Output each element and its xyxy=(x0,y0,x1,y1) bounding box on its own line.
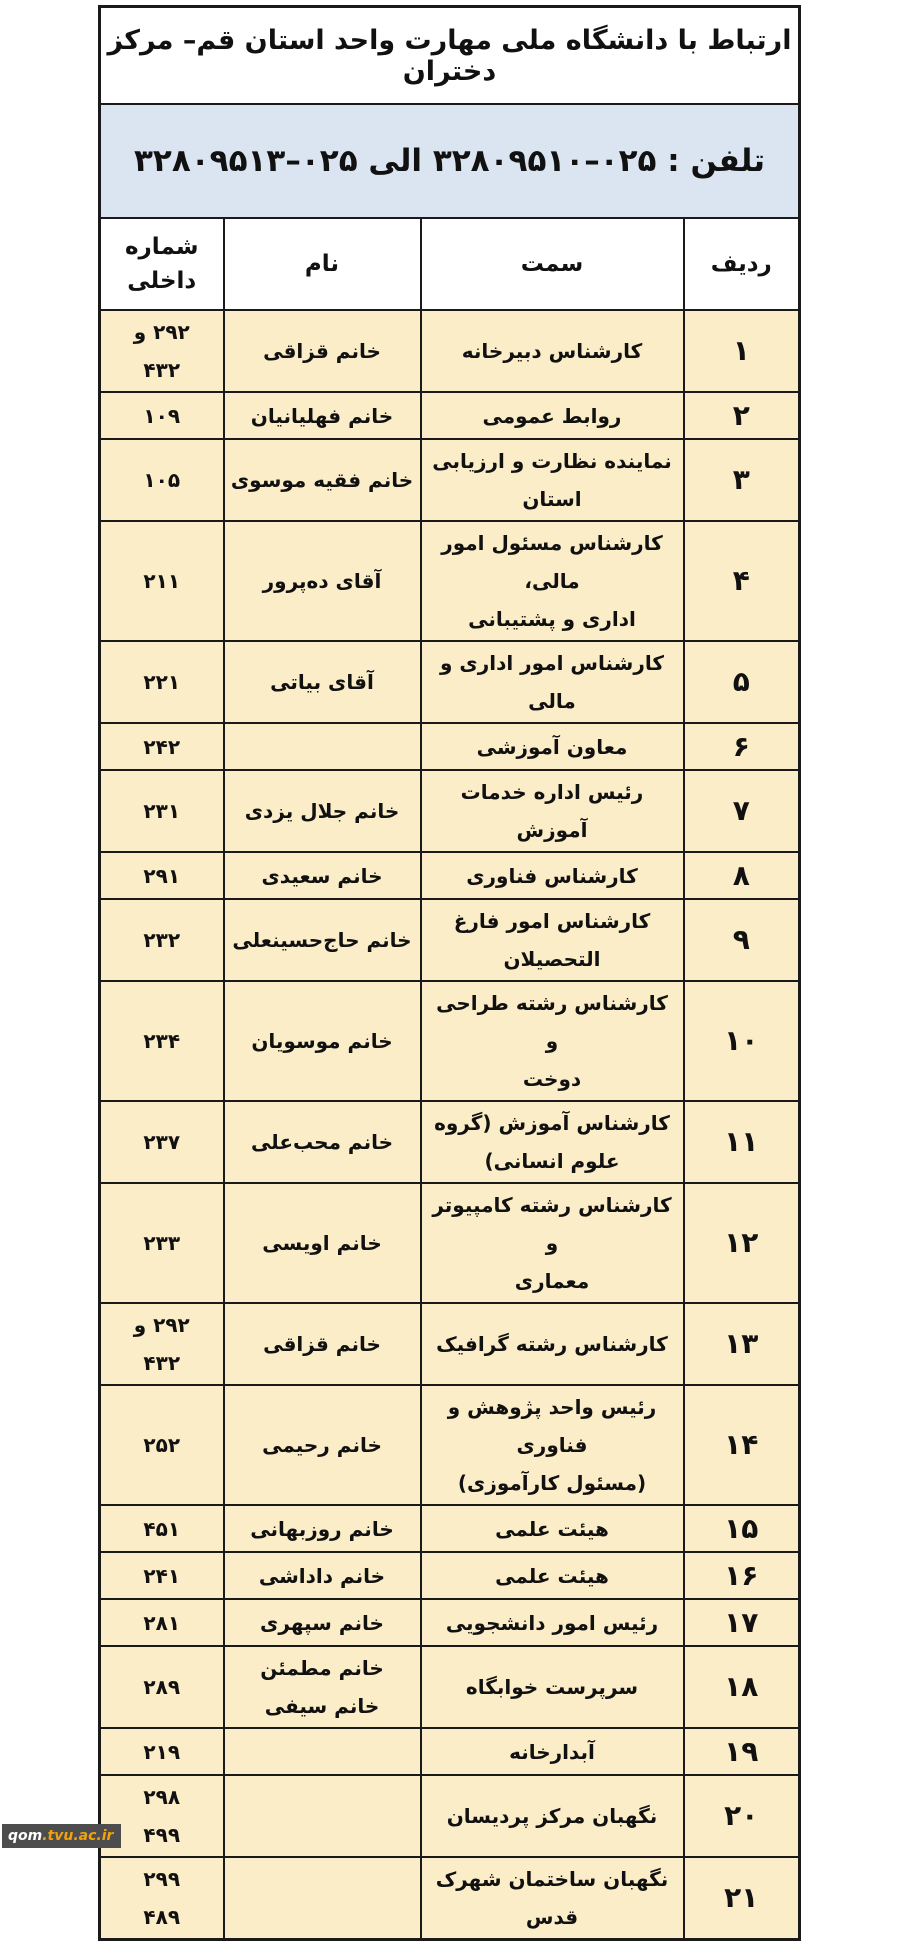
col-header-position: سمت xyxy=(421,218,684,310)
cell-extension: ۲۸۹ xyxy=(99,1646,223,1728)
cell-extension: ۱۰۵ xyxy=(99,439,223,521)
contact-table-container: ارتباط با دانشگاه ملی مهارت واحد استان ق… xyxy=(99,5,801,1941)
phone-numbers: تلفن : ۰۲۵–۳۲۸۰۹۵۱۰ الی ۰۲۵–۳۲۸۰۹۵۱۳ xyxy=(99,104,799,218)
cell-position: کارشناس دبیرخانه xyxy=(421,310,684,392)
cell-extension: ۲۳۴ xyxy=(99,981,223,1101)
page-background: ارتباط با دانشگاه ملی مهارت واحد استان ق… xyxy=(0,0,900,1850)
cell-extension: ۲۹۹ ۴۸۹ xyxy=(99,1857,223,1940)
column-header-row: ردیف سمت نام شماره داخلی xyxy=(99,218,799,310)
cell-name: خانم فقیه موسوی xyxy=(224,439,421,521)
cell-name xyxy=(224,723,421,770)
cell-row-number: ۲ xyxy=(684,392,800,439)
cell-position: رئیس امور دانشجویی xyxy=(421,1599,684,1646)
cell-position: کارشناس فناوری xyxy=(421,852,684,899)
title-row: ارتباط با دانشگاه ملی مهارت واحد استان ق… xyxy=(99,7,799,105)
phone-row: تلفن : ۰۲۵–۳۲۸۰۹۵۱۰ الی ۰۲۵–۳۲۸۰۹۵۱۳ xyxy=(99,104,799,218)
contact-table: ارتباط با دانشگاه ملی مهارت واحد استان ق… xyxy=(98,5,801,1941)
cell-position: نگهبان ساختمان شهرک قدس xyxy=(421,1857,684,1940)
watermark-site-prefix: qom xyxy=(8,1828,42,1844)
cell-row-number: ۵ xyxy=(684,641,800,723)
cell-name: خانم موسویان xyxy=(224,981,421,1101)
cell-extension: ۲۹۲ و ۴۳۲ xyxy=(99,1303,223,1385)
cell-name: خانم حاج‌حسینعلی xyxy=(224,899,421,981)
table-row: ۹ کارشناس امور فارغ التحصیلان خانم حاج‌ح… xyxy=(99,899,799,981)
col-header-extension: شماره داخلی xyxy=(99,218,223,310)
table-row: ۱۸ سرپرست خوابگاه خانم مطمئن خانم سیفی ۲… xyxy=(99,1646,799,1728)
table-row: ۱۴ رئیس واحد پژوهش و فناوری (مسئول کارآم… xyxy=(99,1385,799,1505)
cell-row-number: ۲۰ xyxy=(684,1775,800,1857)
cell-row-number: ۳ xyxy=(684,439,800,521)
cell-row-number: ۸ xyxy=(684,852,800,899)
cell-extension: ۲۹۲ و ۴۳۲ xyxy=(99,310,223,392)
cell-name: خانم اویسی xyxy=(224,1183,421,1303)
cell-extension: ۲۳۷ xyxy=(99,1101,223,1183)
cell-row-number: ۱۵ xyxy=(684,1505,800,1552)
cell-name: آقای بیاتی xyxy=(224,641,421,723)
cell-row-number: ۱۲ xyxy=(684,1183,800,1303)
cell-row-number: ۶ xyxy=(684,723,800,770)
cell-position: سرپرست خوابگاه xyxy=(421,1646,684,1728)
cell-extension: ۲۳۲ xyxy=(99,899,223,981)
cell-name: خانم روزبهانی xyxy=(224,1505,421,1552)
table-row: ۴ کارشناس مسئول امور مالی، اداری و پشتیب… xyxy=(99,521,799,641)
cell-position: کارشناس رشته طراحی و دوخت xyxy=(421,981,684,1101)
cell-name xyxy=(224,1728,421,1775)
cell-row-number: ۲۱ xyxy=(684,1857,800,1940)
col-header-name: نام xyxy=(224,218,421,310)
cell-name: خانم قزاقی xyxy=(224,1303,421,1385)
cell-extension: ۲۴۲ xyxy=(99,723,223,770)
cell-position: معاون آموزشی xyxy=(421,723,684,770)
cell-extension: ۲۸۱ xyxy=(99,1599,223,1646)
cell-name: خانم جلال یزدی xyxy=(224,770,421,852)
table-row: ۱۷ رئیس امور دانشجویی خانم سپهری ۲۸۱ xyxy=(99,1599,799,1646)
cell-position: رئیس واحد پژوهش و فناوری (مسئول کارآموزی… xyxy=(421,1385,684,1505)
cell-name: خانم قزاقی xyxy=(224,310,421,392)
cell-position: رئیس اداره خدمات آموزش xyxy=(421,770,684,852)
cell-position: کارشناس امور اداری و مالی xyxy=(421,641,684,723)
table-row: ۲۰ نگهبان مرکز پردیسان ۲۹۸ ۴۹۹ xyxy=(99,1775,799,1857)
table-row: ۱ کارشناس دبیرخانه خانم قزاقی ۲۹۲ و ۴۳۲ xyxy=(99,310,799,392)
cell-position: کارشناس رشته گرافیک xyxy=(421,1303,684,1385)
cell-name: خانم سپهری xyxy=(224,1599,421,1646)
cell-position: کارشناس رشته کامپیوتر و معماری xyxy=(421,1183,684,1303)
cell-extension: ۲۱۱ xyxy=(99,521,223,641)
cell-row-number: ۱۳ xyxy=(684,1303,800,1385)
table-row: ۷ رئیس اداره خدمات آموزش خانم جلال یزدی … xyxy=(99,770,799,852)
cell-row-number: ۴ xyxy=(684,521,800,641)
cell-name: خانم سعیدی xyxy=(224,852,421,899)
cell-row-number: ۱۶ xyxy=(684,1552,800,1599)
page-title: ارتباط با دانشگاه ملی مهارت واحد استان ق… xyxy=(99,7,799,105)
table-row: ۲ روابط عمومی خانم فهلیانیان ۱۰۹ xyxy=(99,392,799,439)
cell-name: خانم محب‌علی xyxy=(224,1101,421,1183)
col-header-row-number: ردیف xyxy=(684,218,800,310)
cell-position: نگهبان مرکز پردیسان xyxy=(421,1775,684,1857)
cell-row-number: ۱۸ xyxy=(684,1646,800,1728)
watermark-badge: qom.tvu.ac.ir xyxy=(2,1824,121,1848)
cell-row-number: ۱۹ xyxy=(684,1728,800,1775)
cell-extension: ۲۴۱ xyxy=(99,1552,223,1599)
cell-name xyxy=(224,1857,421,1940)
table-row: ۱۹ آبدارخانه ۲۱۹ xyxy=(99,1728,799,1775)
cell-extension: ۲۱۹ xyxy=(99,1728,223,1775)
cell-name: خانم داداشی xyxy=(224,1552,421,1599)
table-row: ۲۱ نگهبان ساختمان شهرک قدس ۲۹۹ ۴۸۹ xyxy=(99,1857,799,1940)
cell-name: آقای ده‌پرور xyxy=(224,521,421,641)
cell-row-number: ۷ xyxy=(684,770,800,852)
table-row: ۳ نماینده نظارت و ارزیابی استان خانم فقی… xyxy=(99,439,799,521)
cell-name: خانم رحیمی xyxy=(224,1385,421,1505)
cell-row-number: ۱۷ xyxy=(684,1599,800,1646)
cell-extension: ۲۵۲ xyxy=(99,1385,223,1505)
table-row: ۱۶ هیئت علمی خانم داداشی ۲۴۱ xyxy=(99,1552,799,1599)
cell-position: نماینده نظارت و ارزیابی استان xyxy=(421,439,684,521)
cell-extension: ۲۹۱ xyxy=(99,852,223,899)
cell-row-number: ۹ xyxy=(684,899,800,981)
table-row: ۱۲ کارشناس رشته کامپیوتر و معماری خانم ا… xyxy=(99,1183,799,1303)
cell-name xyxy=(224,1775,421,1857)
cell-row-number: ۱۴ xyxy=(684,1385,800,1505)
cell-row-number: ۱۰ xyxy=(684,981,800,1101)
cell-position: کارشناس مسئول امور مالی، اداری و پشتیبان… xyxy=(421,521,684,641)
table-body: ۱ کارشناس دبیرخانه خانم قزاقی ۲۹۲ و ۴۳۲ … xyxy=(99,310,799,1940)
table-row: ۶ معاون آموزشی ۲۴۲ xyxy=(99,723,799,770)
table-row: ۸ کارشناس فناوری خانم سعیدی ۲۹۱ xyxy=(99,852,799,899)
table-row: ۱۳ کارشناس رشته گرافیک خانم قزاقی ۲۹۲ و … xyxy=(99,1303,799,1385)
table-row: ۱۱ کارشناس آموزش (گروه علوم انسانی) خانم… xyxy=(99,1101,799,1183)
cell-row-number: ۱۱ xyxy=(684,1101,800,1183)
cell-position: هیئت علمی xyxy=(421,1552,684,1599)
cell-position: کارشناس امور فارغ التحصیلان xyxy=(421,899,684,981)
table-head-rows: ارتباط با دانشگاه ملی مهارت واحد استان ق… xyxy=(99,7,799,311)
cell-extension: ۲۲۱ xyxy=(99,641,223,723)
table-row: ۱۵ هیئت علمی خانم روزبهانی ۴۵۱ xyxy=(99,1505,799,1552)
watermark-site-rest: .tvu.ac.ir xyxy=(42,1828,113,1844)
table-row: ۱۰ کارشناس رشته طراحی و دوخت خانم موسویا… xyxy=(99,981,799,1101)
cell-extension: ۲۳۱ xyxy=(99,770,223,852)
cell-row-number: ۱ xyxy=(684,310,800,392)
cell-extension: ۲۳۳ xyxy=(99,1183,223,1303)
cell-position: روابط عمومی xyxy=(421,392,684,439)
cell-extension: ۱۰۹ xyxy=(99,392,223,439)
cell-position: هیئت علمی xyxy=(421,1505,684,1552)
cell-position: کارشناس آموزش (گروه علوم انسانی) xyxy=(421,1101,684,1183)
cell-extension: ۴۵۱ xyxy=(99,1505,223,1552)
cell-position: آبدارخانه xyxy=(421,1728,684,1775)
table-row: ۵ کارشناس امور اداری و مالی آقای بیاتی ۲… xyxy=(99,641,799,723)
cell-name: خانم فهلیانیان xyxy=(224,392,421,439)
cell-name: خانم مطمئن خانم سیفی xyxy=(224,1646,421,1728)
